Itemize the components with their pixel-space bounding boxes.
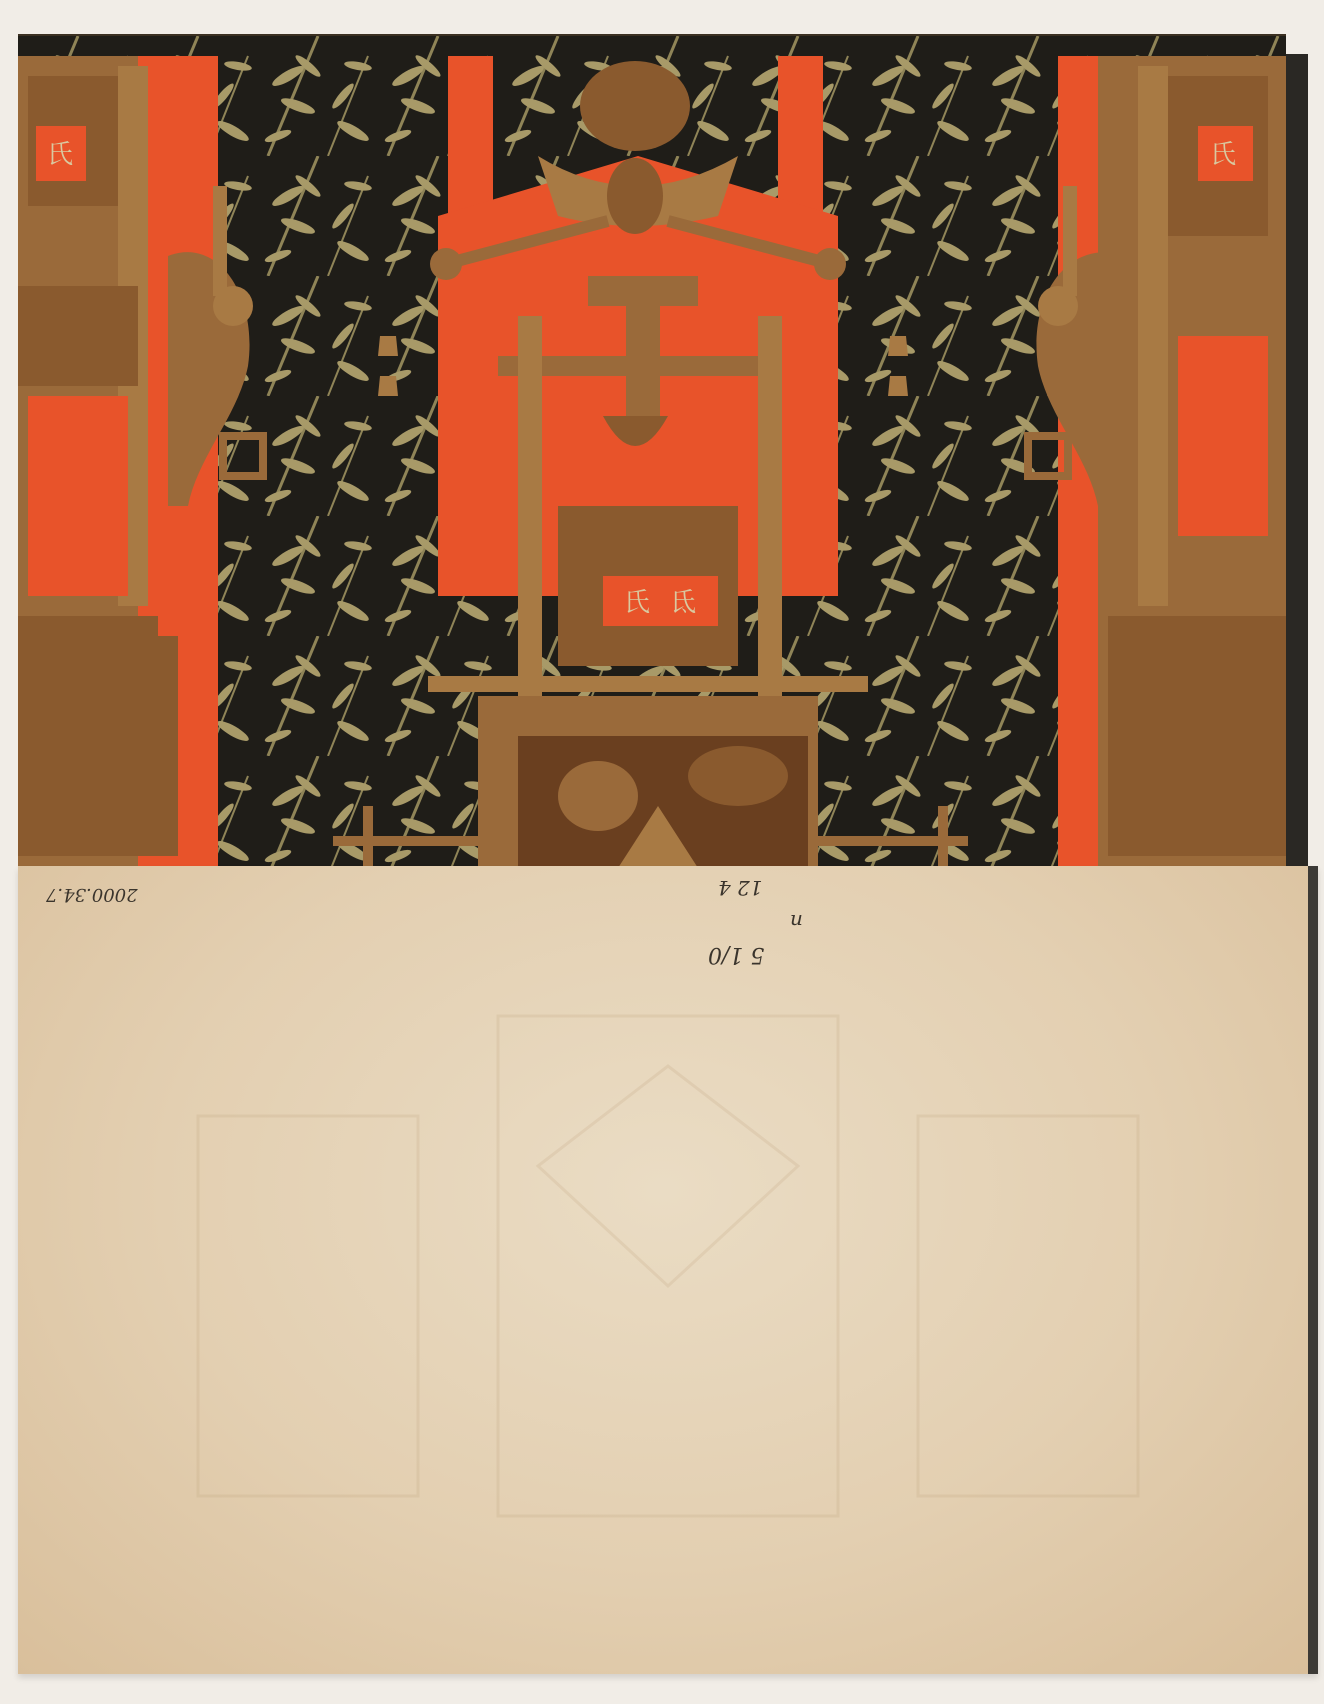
right-panel-character: 氏 (1200, 134, 1252, 171)
unprinted-paper-area: 2000.34.7 12 4 n 5 1/0 (18, 866, 1318, 1674)
handwritten-note-2: n (790, 910, 803, 934)
printed-pattern-area: 氏 氐 氏 氏 (18, 34, 1286, 868)
center-panel-characters: 氏 氐 (608, 582, 718, 619)
chinoiserie-pattern (18, 36, 1286, 868)
show-through-pattern (18, 866, 1308, 1674)
left-panel-character: 氏 (38, 134, 88, 171)
handwritten-note-3: 5 1/0 (708, 942, 764, 967)
accession-number: 2000.34.7 (46, 884, 138, 905)
wallpaper-sheet: 氏 氐 氏 氏 2000.34.7 12 4 n 5 1/0 (18, 34, 1308, 1674)
handwritten-note-1: 12 4 (718, 876, 763, 900)
dark-edge-strip (1286, 54, 1308, 866)
